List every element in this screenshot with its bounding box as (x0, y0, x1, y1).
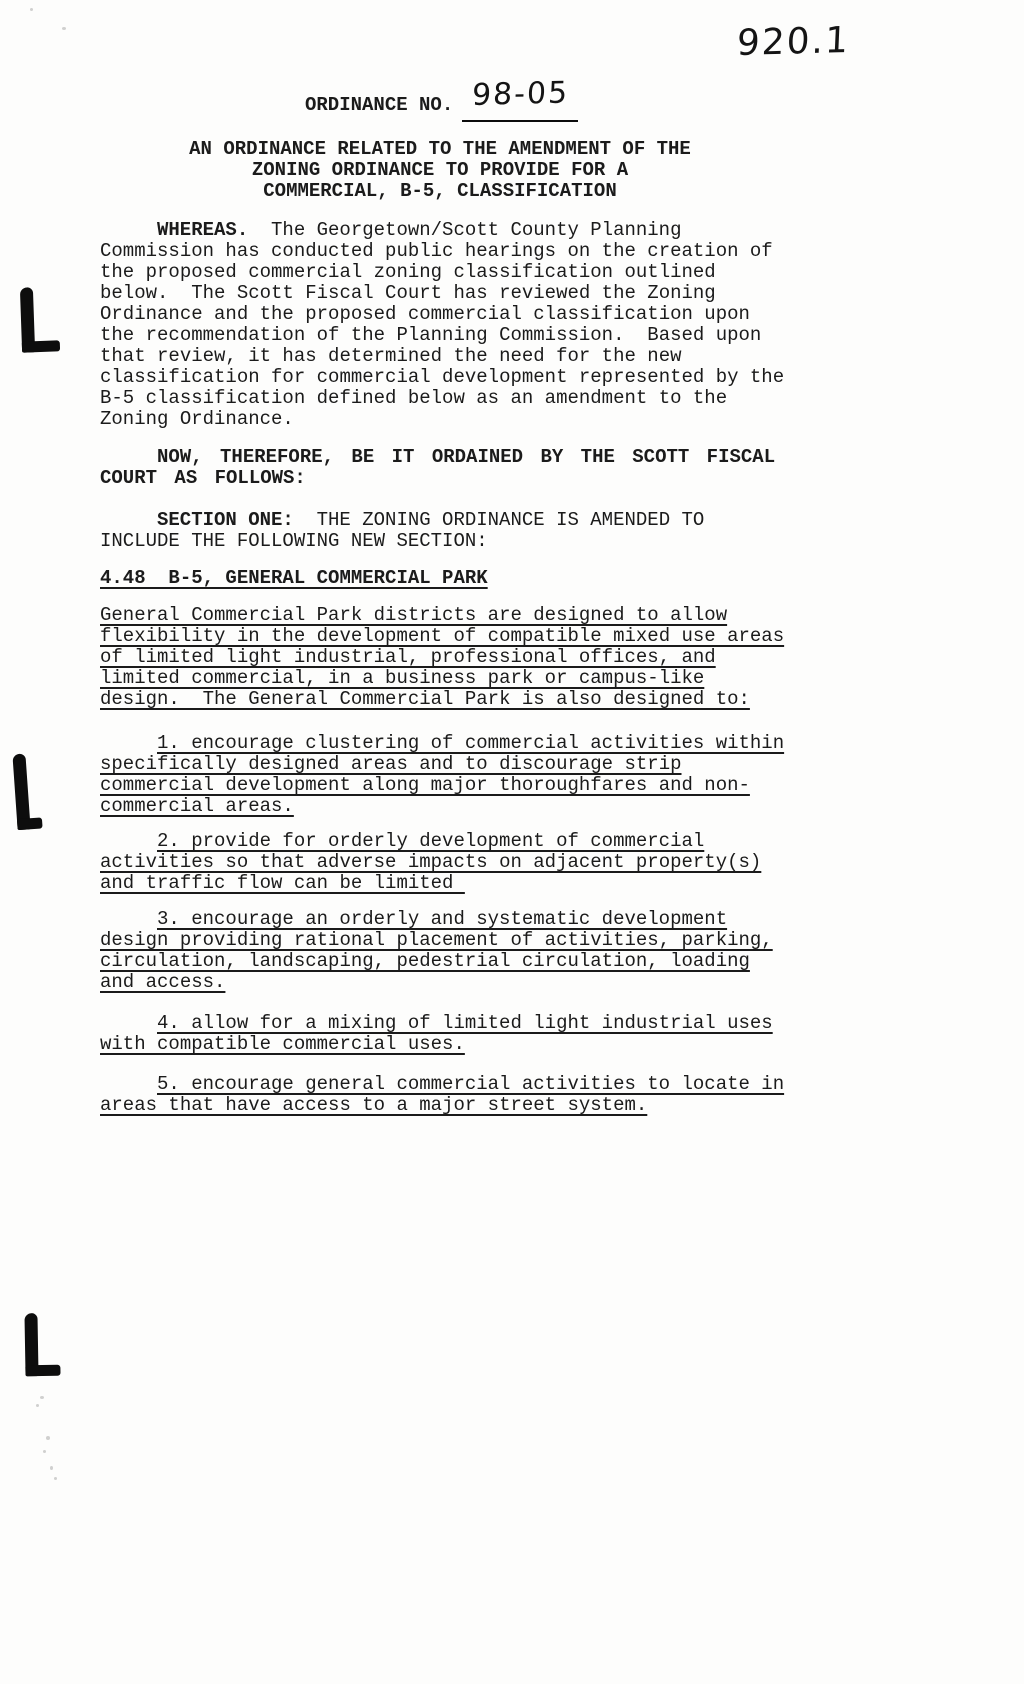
scan-speck (62, 27, 66, 30)
list-item-2: 2. provide for orderly development of co… (100, 831, 840, 894)
scan-artifact-bracket-middle (12, 752, 53, 830)
list-item-4: 4. allow for a mixing of limited light i… (100, 1013, 840, 1055)
section-one-label: SECTION ONE: (157, 509, 294, 531)
ordinance-number-underline: 98-05 (462, 74, 578, 122)
enactment-clause: NOW, THEREFORE, BE IT ORDAINED BY THE SC… (100, 447, 840, 489)
list-item-1: 1. encourage clustering of commercial ac… (100, 733, 840, 817)
scan-speck (43, 1450, 46, 1453)
scan-speck (50, 1466, 53, 1470)
scan-speck (46, 1436, 50, 1440)
whereas-body: The Georgetown/Scott County Planning Com… (100, 219, 784, 430)
scan-speck (36, 1404, 39, 1407)
section-4-48-heading: 4.48 B-5, GENERAL COMMERCIAL PARK (100, 568, 840, 589)
scan-artifact-bracket-top (20, 286, 60, 352)
scan-speck (40, 1396, 44, 1399)
handwritten-ordinance-number: 98-05 (471, 71, 570, 118)
scan-speck (54, 1477, 57, 1480)
handwritten-page-number: 920.1 (736, 21, 851, 64)
list-item-3: 3. encourage an orderly and systematic d… (100, 909, 840, 993)
whereas-label: WHEREAS. (157, 219, 248, 241)
section-4-48-intro: General Commercial Park districts are de… (100, 605, 840, 710)
whereas-paragraph: WHEREAS. The Georgetown/Scott County Pla… (100, 220, 840, 430)
ordinance-title: AN ORDINANCE RELATED TO THE AMENDMENT OF… (100, 139, 780, 202)
section-one-paragraph: SECTION ONE: THE ZONING ORDINANCE IS AME… (100, 510, 840, 552)
ordinance-number-label: ORDINANCE NO. (305, 95, 453, 116)
list-item-5: 5. encourage general commercial activiti… (100, 1074, 840, 1116)
scanned-ordinance-page: 920.1 ORDINANCE NO. 98-05 AN ORDINANCE R… (0, 0, 1024, 1684)
scan-artifact-bracket-bottom (24, 1313, 60, 1377)
scan-speck (30, 8, 33, 11)
